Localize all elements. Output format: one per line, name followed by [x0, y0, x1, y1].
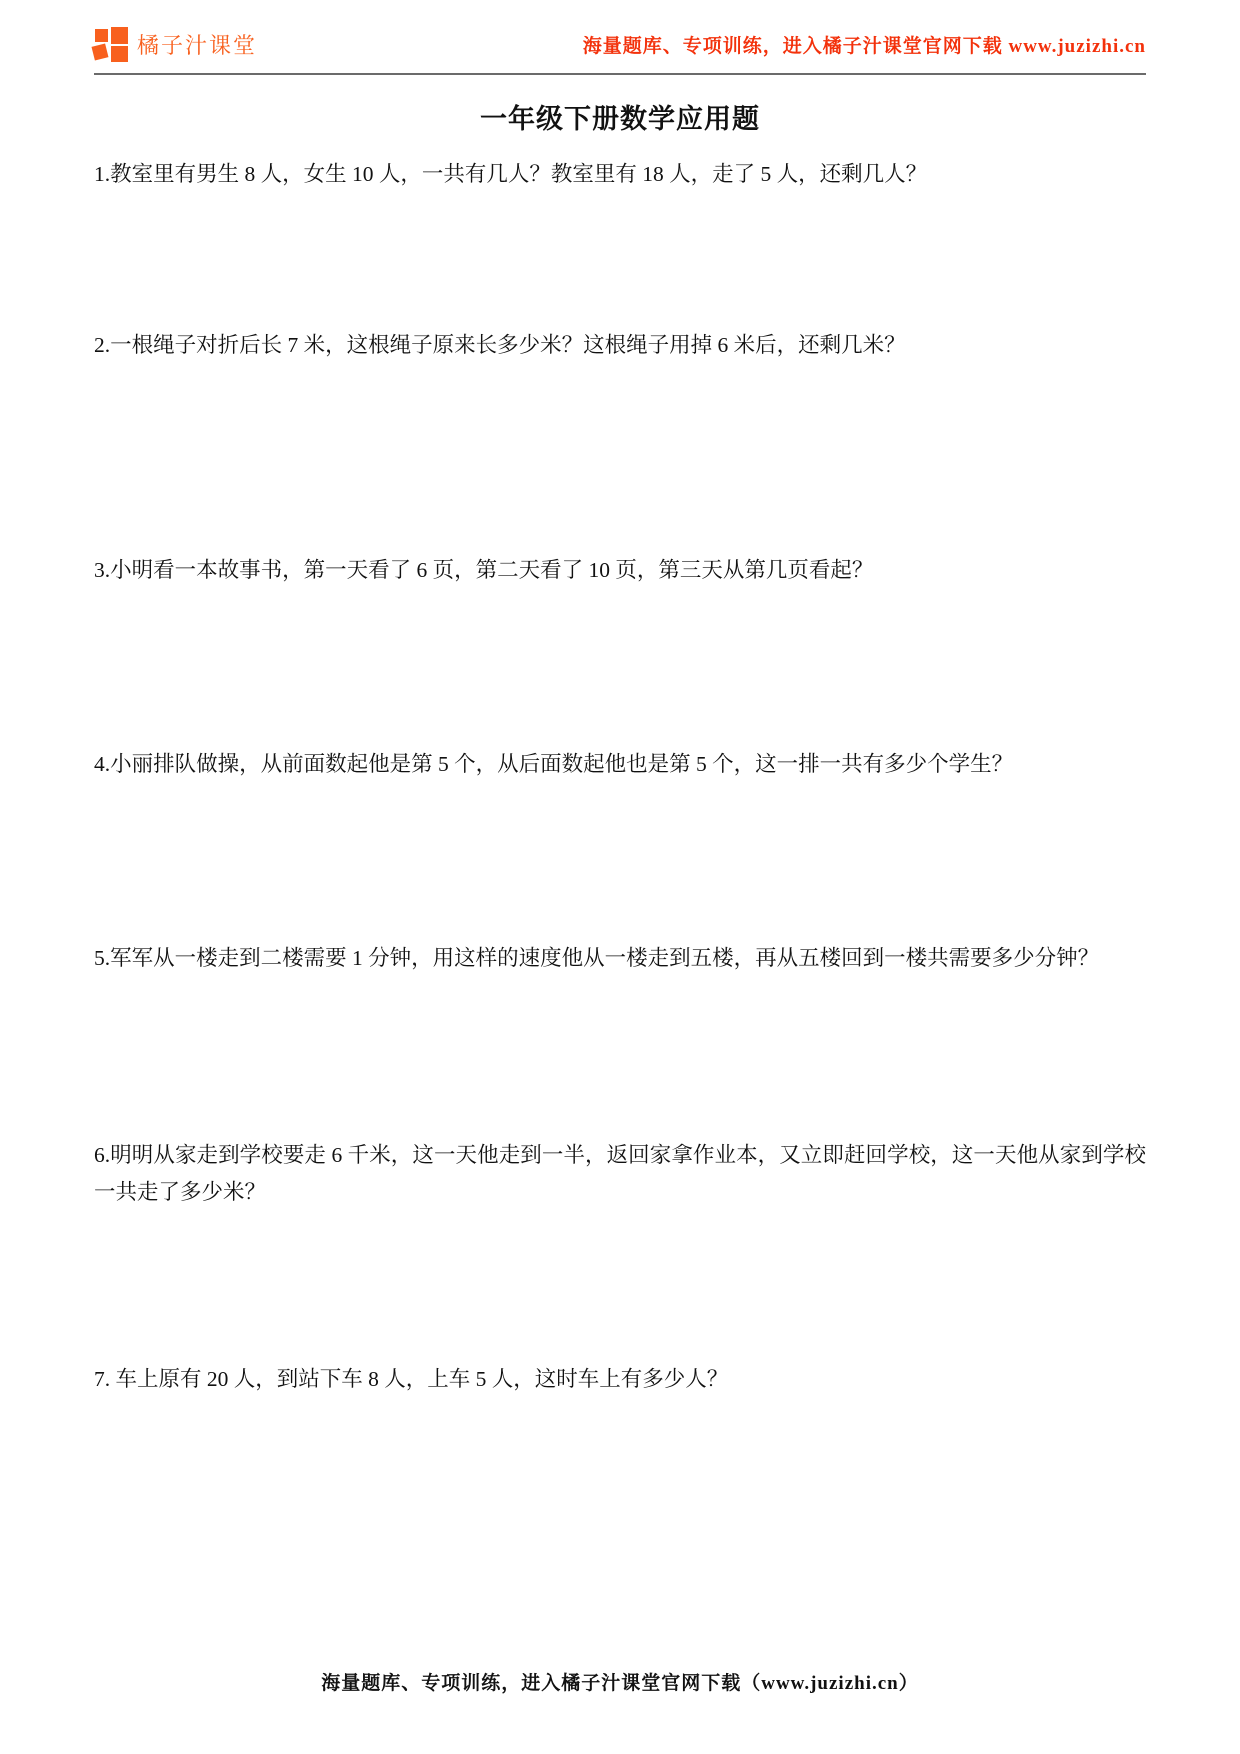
page-header: 橘子汁课堂 海量题库、专项训练，进入橘子汁课堂官网下载 www.juzizhi.…	[94, 0, 1146, 75]
question-7-text: 车上原有 20 人，到站下车 8 人，上车 5 人，这时车上有多少人？	[110, 1367, 728, 1391]
question-7-number: 7.	[94, 1367, 110, 1391]
question-6-number: 6.	[94, 1143, 110, 1167]
question-3-number: 3.	[94, 558, 110, 582]
question-5-number: 5.	[94, 946, 110, 970]
question-2: 2.一根绳子对折后长 7 米，这根绳子原来长多少米？这根绳子用掉 6 米后，还剩…	[94, 327, 1146, 364]
question-6: 6.明明从家走到学校要走 6 千米，这一天他走到一半，返回家拿作业本，又立即赶回…	[94, 1137, 1146, 1211]
question-4-text: 小丽排队做操，从前面数起他是第 5 个，从后面数起他也是第 5 个，这一排一共有…	[110, 752, 1013, 776]
header-promo-text: 海量题库、专项训练，进入橘子汁课堂官网下载 www.juzizhi.cn	[583, 31, 1146, 58]
brand: 橘子汁课堂	[94, 26, 257, 63]
question-4: 4.小丽排队做操，从前面数起他是第 5 个，从后面数起他也是第 5 个，这一排一…	[94, 746, 1146, 783]
question-5: 5.军军从一楼走到二楼需要 1 分钟，用这样的速度他从一楼走到五楼，再从五楼回到…	[94, 940, 1146, 977]
question-1-text: 教室里有男生 8 人，女生 10 人，一共有几人？教室里有 18 人，走了 5 …	[110, 162, 927, 186]
question-2-number: 2.	[94, 333, 110, 357]
page-title: 一年级下册数学应用题	[94, 97, 1146, 136]
brand-name: 橘子汁课堂	[137, 29, 257, 60]
question-4-number: 4.	[94, 752, 110, 776]
question-list: 1.教室里有男生 8 人，女生 10 人，一共有几人？教室里有 18 人，走了 …	[94, 156, 1146, 1398]
brand-squares-logo-icon	[94, 26, 131, 63]
question-6-text: 明明从家走到学校要走 6 千米，这一天他走到一半，返回家拿作业本，又立即赶回学校…	[94, 1143, 1146, 1204]
footer-promo-text: 海量题库、专项训练，进入橘子汁课堂官网下载（www.juzizhi.cn）	[0, 1668, 1240, 1695]
question-7: 7. 车上原有 20 人，到站下车 8 人，上车 5 人，这时车上有多少人？	[94, 1361, 1146, 1398]
question-3-text: 小明看一本故事书，第一天看了 6 页，第二天看了 10 页，第三天从第几页看起？	[110, 558, 873, 582]
question-3: 3.小明看一本故事书，第一天看了 6 页，第二天看了 10 页，第三天从第几页看…	[94, 552, 1146, 589]
question-1: 1.教室里有男生 8 人，女生 10 人，一共有几人？教室里有 18 人，走了 …	[94, 156, 1146, 193]
question-2-text: 一根绳子对折后长 7 米，这根绳子原来长多少米？这根绳子用掉 6 米后，还剩几米…	[110, 333, 906, 357]
question-1-number: 1.	[94, 162, 110, 186]
question-5-text: 军军从一楼走到二楼需要 1 分钟，用这样的速度他从一楼走到五楼，再从五楼回到一楼…	[110, 946, 1099, 970]
worksheet-page: 橘子汁课堂 海量题库、专项训练，进入橘子汁课堂官网下载 www.juzizhi.…	[0, 0, 1240, 1754]
